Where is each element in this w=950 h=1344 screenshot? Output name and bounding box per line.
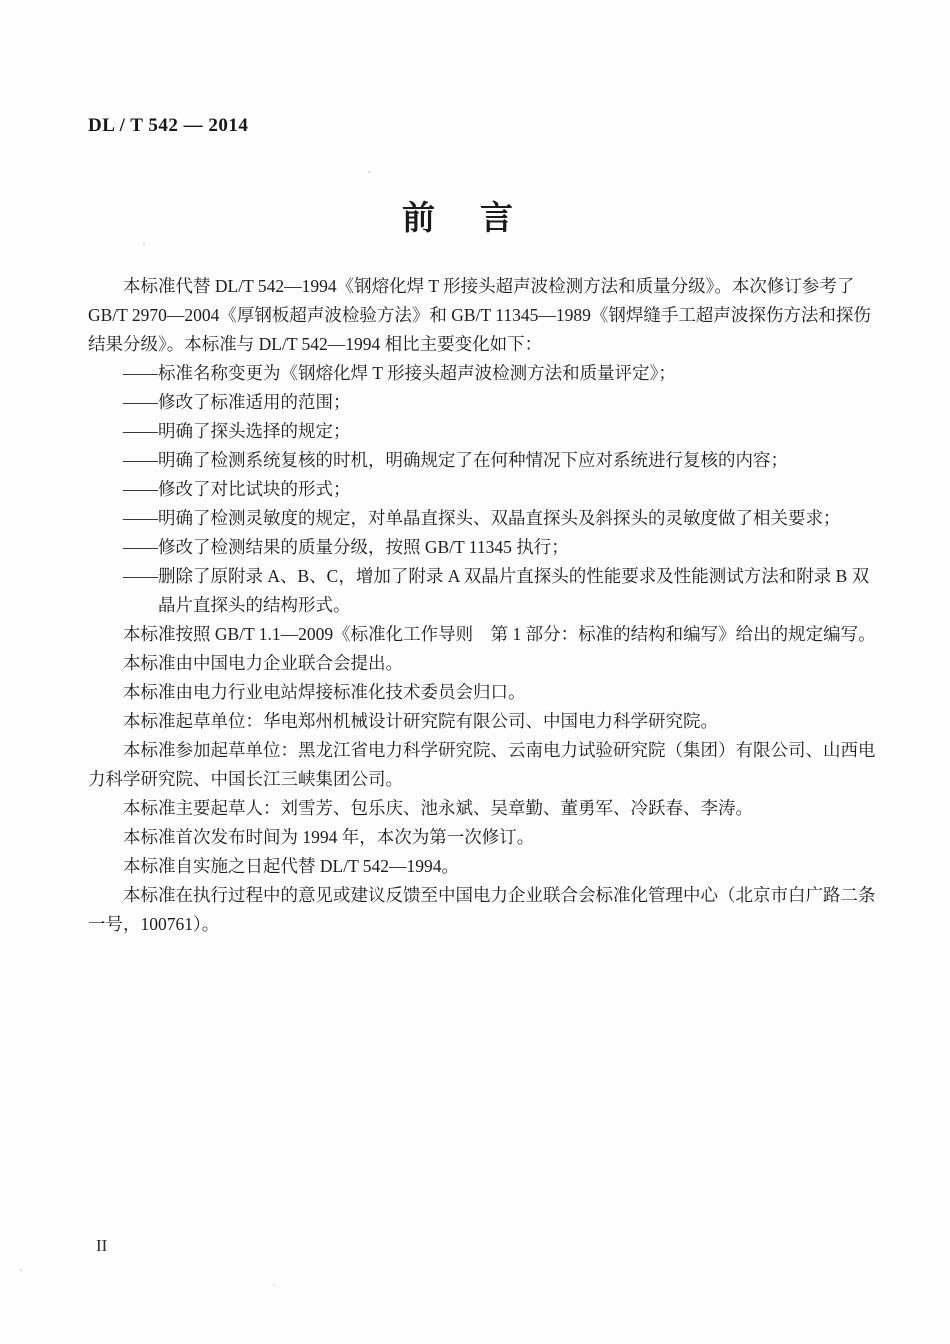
paragraph-drafting-rule: 本标准按照 GB/T 1.1—2009《标准化工作导则 第 1 部分：标准的结构…	[88, 620, 878, 649]
paragraph-supersedes: 本标准自实施之日起代替 DL/T 542—1994。	[88, 852, 878, 881]
paragraph-drafting-orgs: 本标准起草单位：华电郑州机械设计研究院有限公司、中国电力科学研究院。	[88, 707, 878, 736]
standard-number: DL / T 542 — 2014	[88, 115, 248, 137]
foreword-body: 本标准代替 DL/T 542—1994《钢熔化焊 T 形接头超声波检测方法和质量…	[88, 272, 878, 939]
paragraph-first-issue: 本标准首次发布时间为 1994 年，本次为第一次修订。	[88, 823, 878, 852]
change-item-appendix: ——删除了原附录 A、B、C，增加了附录 A 双晶片直探头的性能要求及性能测试方…	[88, 562, 878, 620]
change-item-testblock: ——修改了对比试块的形式；	[88, 475, 878, 504]
change-item-recheck: ——明确了检测系统复核的时机，明确规定了在何种情况下应对系统进行复核的内容；	[88, 446, 878, 475]
scan-speck	[143, 243, 145, 245]
paragraph-centralized-by: 本标准由电力行业电站焊接标准化技术委员会归口。	[88, 678, 878, 707]
paragraph-drafters: 本标准主要起草人：刘雪芳、包乐庆、池永斌、吴章勤、董勇军、冷跃春、李涛。	[88, 794, 878, 823]
page-number: II	[96, 1236, 107, 1256]
paragraph-replaces: 本标准代替 DL/T 542—1994《钢熔化焊 T 形接头超声波检测方法和质量…	[88, 272, 878, 359]
scan-speck	[368, 171, 371, 173]
paragraph-participants: 本标准参加起草单位：黑龙江省电力科学研究院、云南电力试验研究院（集团）有限公司、…	[88, 736, 878, 794]
document-page: DL / T 542 — 2014 前 言 本标准代替 DL/T 542—199…	[0, 0, 950, 1344]
scan-speck	[20, 1269, 22, 1271]
change-item-sensitivity: ——明确了检测灵敏度的规定，对单晶直探头、双晶直探头及斜探头的灵敏度做了相关要求…	[88, 504, 878, 533]
scan-speck	[273, 1284, 275, 1286]
scan-speck	[799, 519, 802, 522]
change-item-name: ——标准名称变更为《钢熔化焊 T 形接头超声波检测方法和质量评定》；	[88, 359, 878, 388]
paragraph-feedback: 本标准在执行过程中的意见或建议反馈至中国电力企业联合会标准化管理中心（北京市白广…	[88, 881, 878, 939]
paragraph-proposed-by: 本标准由中国电力企业联合会提出。	[88, 649, 878, 678]
change-item-probe: ——明确了探头选择的规定；	[88, 417, 878, 446]
page-title: 前 言	[402, 192, 519, 239]
change-item-scope: ——修改了标准适用的范围；	[88, 388, 878, 417]
change-item-grading: ——修改了检测结果的质量分级，按照 GB/T 11345 执行；	[88, 533, 878, 562]
